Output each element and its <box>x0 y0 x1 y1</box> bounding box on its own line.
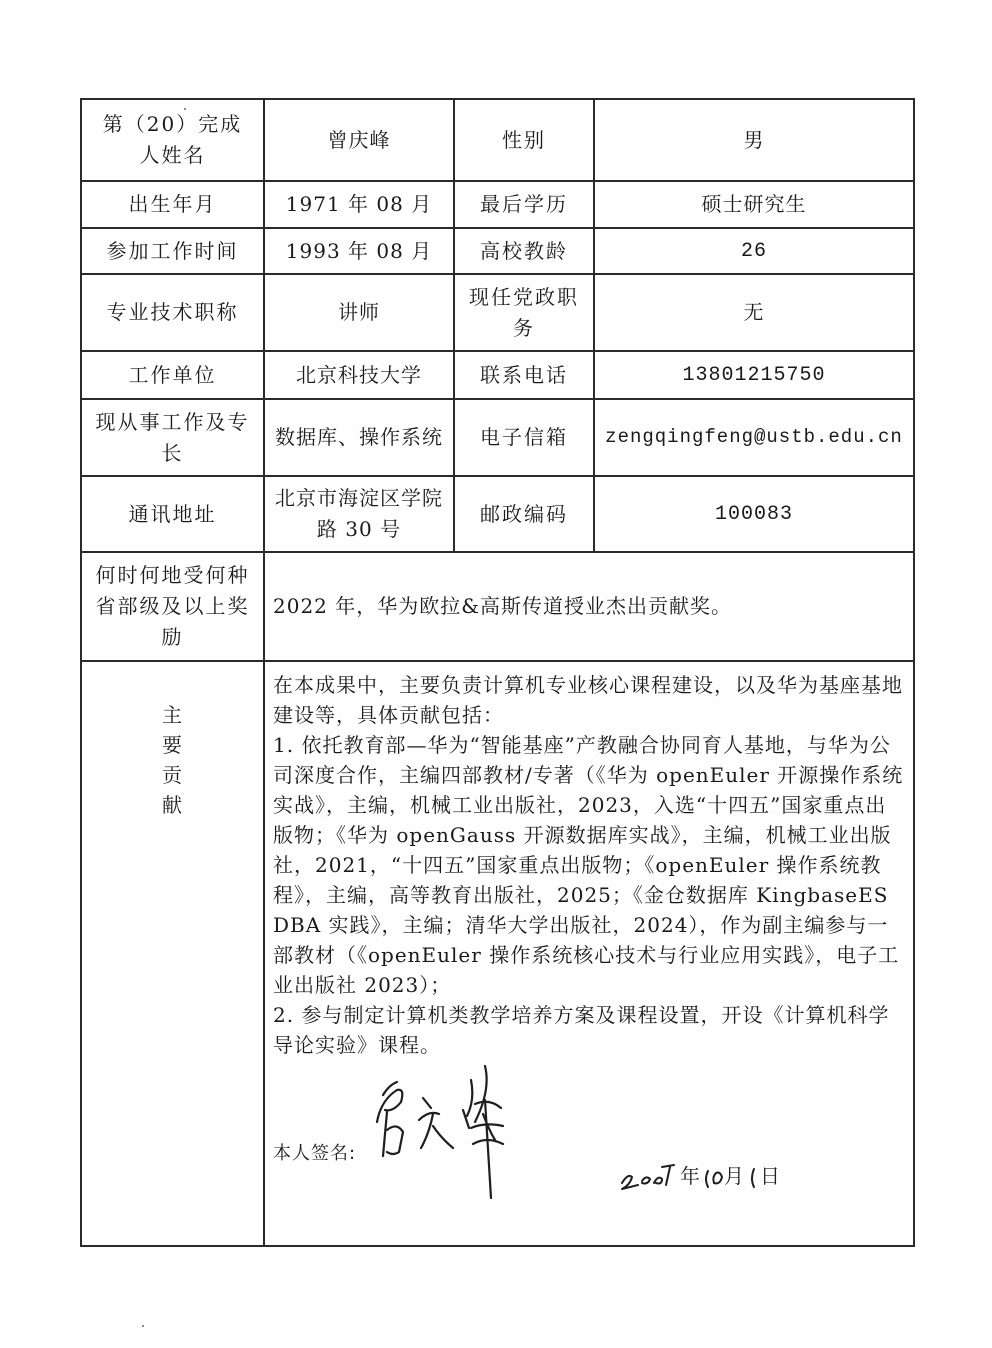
value-contribution: 在本成果中，主要负责计算机专业核心课程建设，以及华为基座基地建设等，具体贡献包括… <box>264 661 914 1246</box>
value-professional-title: 讲师 <box>264 274 454 351</box>
label-char: 要 <box>161 730 185 760</box>
value-teaching-years: 26 <box>594 228 914 274</box>
value-address: 北京市海淀区学院路 30 号 <box>264 476 454 552</box>
value-employer: 北京科技大学 <box>264 351 454 399</box>
scan-speck <box>184 108 186 110</box>
contribution-vertical-label: 主 要 贡 献 <box>161 700 185 820</box>
value-party-position: 无 <box>594 274 914 351</box>
contribution-intro: 在本成果中，主要负责计算机专业核心课程建设，以及华为基座基地建设等，具体贡献包括… <box>273 670 905 730</box>
label-address: 通讯地址 <box>81 476 264 552</box>
contribution-item-1: 1. 依托教育部—华为“智能基座”产教融合协同育人基地，与华为公司深度合作，主编… <box>273 730 905 1000</box>
signature-area: 本人签名: <box>273 1060 905 1240</box>
value-work-start: 1993 年 08 月 <box>264 228 454 274</box>
form-row-title: 专业技术职称 讲师 现任党政职务 无 <box>81 274 914 351</box>
label-char: 主 <box>161 700 185 730</box>
form-row-birth: 出生年月 1971 年 08 月 最后学历 硕士研究生 <box>81 181 914 228</box>
label-char: 贡 <box>161 760 185 790</box>
svg-text:日: 日 <box>760 1164 781 1188</box>
form-row-name: 第（20）完成人姓名 曾庆峰 性别 男 <box>81 99 914 181</box>
value-name: 曾庆峰 <box>264 99 454 181</box>
label-education: 最后学历 <box>454 181 594 228</box>
form-row-employer: 工作单位 北京科技大学 联系电话 13801215750 <box>81 351 914 399</box>
form-row-specialty: 现从事工作及专长 数据库、操作系统 电子信箱 zengqingfeng@ustb… <box>81 399 914 476</box>
value-awards: 2022 年，华为欧拉&高斯传道授业杰出贡献奖。 <box>264 552 914 661</box>
form-row-contribution: 主 要 贡 献 在本成果中，主要负责计算机专业核心课程建设，以及华为基座基地建设… <box>81 661 914 1246</box>
label-specialty: 现从事工作及专长 <box>81 399 264 476</box>
contribution-item-2: 2. 参与制定计算机类教学培养方案及课程设置，开设《计算机科学导论实验》课程。 <box>273 1000 905 1060</box>
scan-speck <box>142 1325 144 1327</box>
label-birth-date: 出生年月 <box>81 181 264 228</box>
label-postal-code: 邮政编码 <box>454 476 594 552</box>
label-gender: 性别 <box>454 99 594 181</box>
label-name: 第（20）完成人姓名 <box>81 99 264 181</box>
signature-label: 本人签名: <box>273 1138 356 1169</box>
form-row-address: 通讯地址 北京市海淀区学院路 30 号 邮政编码 100083 <box>81 476 914 552</box>
form-row-work-start: 参加工作时间 1993 年 08 月 高校教龄 26 <box>81 228 914 274</box>
value-education: 硕士研究生 <box>594 181 914 228</box>
value-email: zengqingfeng@ustb.edu.cn <box>594 399 914 476</box>
label-work-start: 参加工作时间 <box>81 228 264 274</box>
personal-info-form: 第（20）完成人姓名 曾庆峰 性别 男 出生年月 1971 年 08 月 最后学… <box>80 98 915 1247</box>
value-gender: 男 <box>594 99 914 181</box>
value-postal-code: 100083 <box>594 476 914 552</box>
label-employer: 工作单位 <box>81 351 264 399</box>
value-birth-date: 1971 年 08 月 <box>264 181 454 228</box>
label-char: 献 <box>161 790 185 820</box>
label-party-position: 现任党政职务 <box>454 274 594 351</box>
label-phone: 联系电话 <box>454 351 594 399</box>
label-email: 电子信箱 <box>454 399 594 476</box>
svg-text:年: 年 <box>680 1164 701 1188</box>
contribution-text: 在本成果中，主要负责计算机专业核心课程建设，以及华为基座基地建设等，具体贡献包括… <box>273 670 905 1060</box>
form-row-awards: 何时何地受何种省部级及以上奖励 2022 年，华为欧拉&高斯传道授业杰出贡献奖。 <box>81 552 914 661</box>
svg-text:月: 月 <box>724 1164 745 1188</box>
label-professional-title: 专业技术职称 <box>81 274 264 351</box>
label-teaching-years: 高校教龄 <box>454 228 594 274</box>
document-page: 第（20）完成人姓名 曾庆峰 性别 男 出生年月 1971 年 08 月 最后学… <box>0 0 992 1348</box>
value-phone: 13801215750 <box>594 351 914 399</box>
handwritten-signature-icon <box>363 1060 523 1200</box>
handwritten-date-icon: 年 月 日 <box>618 1155 818 1195</box>
label-contribution: 主 要 贡 献 <box>81 661 264 1246</box>
label-awards: 何时何地受何种省部级及以上奖励 <box>81 552 264 661</box>
value-specialty: 数据库、操作系统 <box>264 399 454 476</box>
